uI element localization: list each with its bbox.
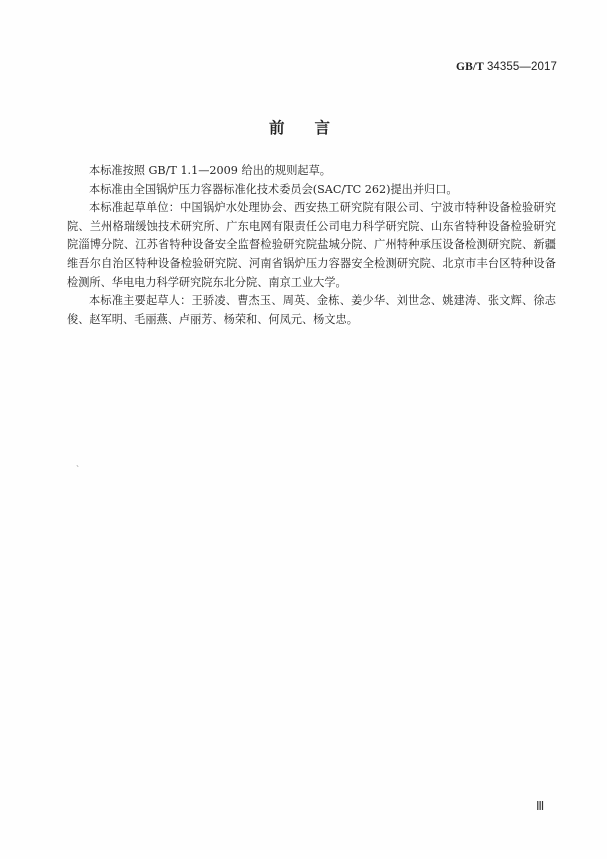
page-number: Ⅲ bbox=[536, 799, 543, 814]
paragraph-drafting-units: 本标准起草单位：中国锅炉水处理协会、西安热工研究院有限公司、宁波市特种设备检验研… bbox=[67, 199, 556, 292]
foreword-body: 本标准按照 GB/T 1.1—2009 给出的规则起草。 本标准由全国锅炉压力容… bbox=[67, 162, 556, 329]
standard-prefix: GB/T bbox=[456, 61, 484, 73]
paragraph-drafting-rules: 本标准按照 GB/T 1.1—2009 给出的规则起草。 bbox=[67, 162, 556, 181]
paragraph-main-drafters: 本标准主要起草人：王骄凌、曹杰玉、周英、金栋、姜少华、刘世念、姚建涛、张文辉、徐… bbox=[67, 292, 556, 329]
scan-artifact-mark: 、 bbox=[76, 462, 79, 465]
paragraph-proposer: 本标准由全国锅炉压力容器标准化技术委员会(SAC/TC 262)提出并归口。 bbox=[67, 181, 556, 200]
page-title: 前言 bbox=[0, 116, 607, 138]
standard-number: 34355—2017 bbox=[487, 61, 557, 73]
document-page: GB/T34355—2017 前言 本标准按照 GB/T 1.1—2009 给出… bbox=[0, 0, 607, 859]
standard-number-header: GB/T34355—2017 bbox=[456, 61, 557, 73]
